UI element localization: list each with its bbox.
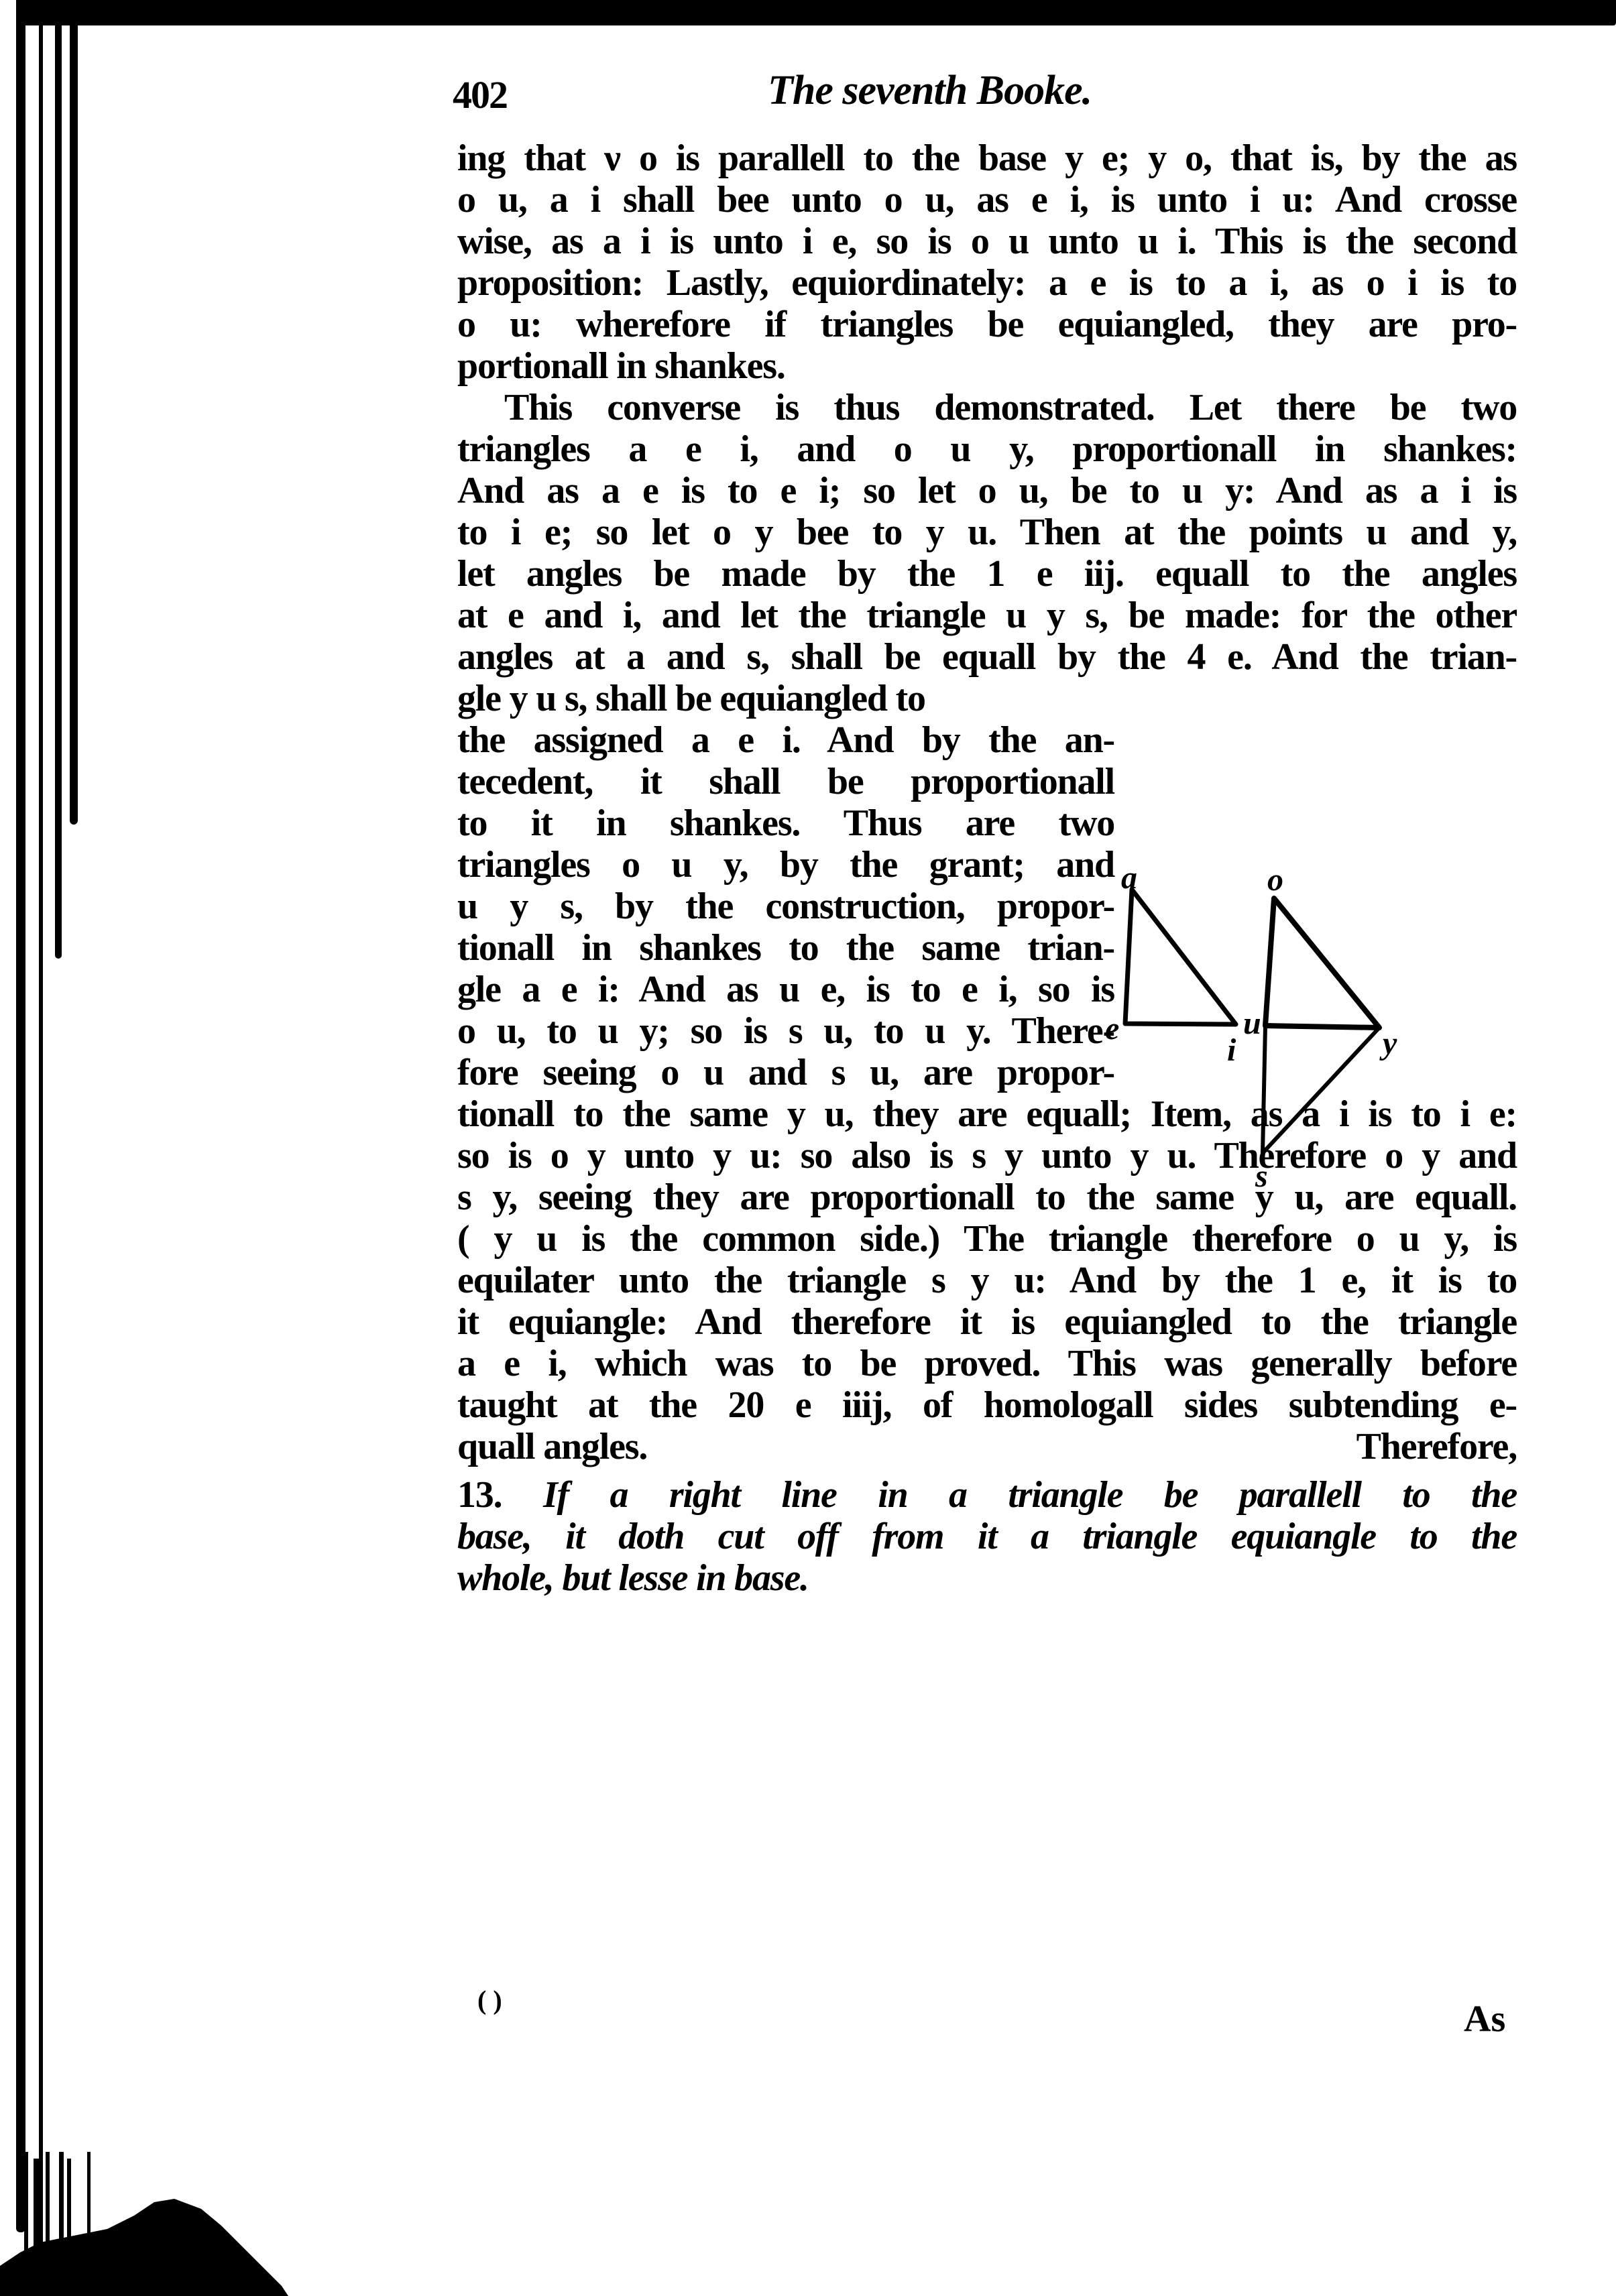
triangle-ouy bbox=[1265, 898, 1379, 1028]
line-text: quall angles. bbox=[457, 1426, 647, 1467]
text-line: ing that ν o is parallell to the base y … bbox=[457, 137, 1517, 179]
proposition-13: 13. If a right line in a triangle be par… bbox=[457, 1474, 1517, 1599]
text-line: quall angles. Therefore, bbox=[457, 1426, 1517, 1467]
catchword: As bbox=[1464, 1998, 1505, 2041]
text-line: angles at a and s, shall be equall by th… bbox=[457, 636, 1517, 678]
paragraph-1: ing that ν o is parallell to the base y … bbox=[457, 137, 1517, 387]
text-line: tecedent, it shall be proportionall bbox=[457, 761, 1114, 802]
text-line: a e i, which was to be proved. This was … bbox=[457, 1343, 1517, 1384]
ink-smudge-bottom-left bbox=[0, 2065, 288, 2296]
text-line: gle y u s, shall be equiangled to bbox=[457, 678, 1114, 719]
point-label-o: o bbox=[1267, 862, 1283, 898]
text-line: at e and i, and let the triangle u y s, … bbox=[457, 595, 1517, 636]
stray-print-marks: ( ) bbox=[477, 1984, 502, 2016]
text-line: to i e; so let o y bee to y u. Then at t… bbox=[457, 511, 1517, 553]
proposition-line: whole, but lesse in base. bbox=[457, 1557, 1517, 1599]
point-label-u: u bbox=[1243, 1006, 1261, 1041]
text-line: o u, a i shall bee unto o u, as e i, is … bbox=[457, 179, 1517, 221]
scan-top-edge-bar bbox=[16, 0, 1616, 25]
text-line: portionall in shankes. bbox=[457, 345, 1517, 387]
triangle-aei bbox=[1125, 890, 1236, 1024]
text-line: the assigned a e i. And by the an- bbox=[457, 719, 1114, 761]
text-line: tionall in shankes to the same trian- bbox=[457, 927, 1114, 969]
point-label-s: s bbox=[1255, 1158, 1268, 1194]
text-line: And as a e is to e i; so let o u, be to … bbox=[457, 470, 1517, 511]
text-line: fore seeing o u and s u, are propor- bbox=[457, 1052, 1114, 1093]
text-line: proposition: Lastly, equiordinately: a e… bbox=[457, 262, 1517, 304]
point-label-i: i bbox=[1227, 1032, 1236, 1068]
point-label-e: e bbox=[1105, 1011, 1119, 1046]
triangle-diagram: a o e u i y s bbox=[1100, 845, 1542, 1287]
proposition-text: If a right line in a triangle be paralle… bbox=[543, 1474, 1517, 1516]
text-line: it equiangle: And therefore it is equian… bbox=[457, 1301, 1517, 1343]
proposition-line: base, it doth cut off from it a triangle… bbox=[457, 1516, 1517, 1557]
text-line: let angles be made by the 1 e iij. equal… bbox=[457, 553, 1517, 595]
text-line: to it in shankes. Thus are two bbox=[457, 802, 1114, 844]
trailing-word: Therefore, bbox=[1357, 1426, 1517, 1467]
text-line: This converse is thus demonstrated. Let … bbox=[457, 387, 1517, 428]
text-line: o u, to u y; so is s u, to u y. There- bbox=[457, 1010, 1114, 1052]
text-line: o u: wherefore if triangles be equiangle… bbox=[457, 304, 1517, 345]
text-line: gle a e i: And as u e, is to e i, so is bbox=[457, 969, 1114, 1010]
page-header: 402 The seventh Booke. bbox=[453, 67, 1525, 121]
book-gutter-binding bbox=[13, 20, 77, 2259]
triangle-uys bbox=[1263, 1026, 1379, 1153]
text-line: triangles a e i, and o u y, proportional… bbox=[457, 428, 1517, 470]
text-line: taught at the 20 e iiij, of homologall s… bbox=[457, 1384, 1517, 1426]
proposition-line: 13. If a right line in a triangle be par… bbox=[457, 1474, 1517, 1516]
point-label-a: a bbox=[1121, 860, 1137, 896]
page-number: 402 bbox=[453, 72, 507, 117]
text-line: wise, as a i is unto i e, so is o u unto… bbox=[457, 221, 1517, 262]
text-line: u y s, by the construction, propor- bbox=[457, 886, 1114, 927]
running-title: The seventh Booke. bbox=[768, 67, 1092, 115]
text-line: triangles o u y, by the grant; and bbox=[457, 844, 1114, 886]
proposition-number: 13. bbox=[457, 1474, 502, 1516]
point-label-y: y bbox=[1379, 1026, 1397, 1061]
diagram-figure: a o e u i y s bbox=[1100, 845, 1542, 1287]
